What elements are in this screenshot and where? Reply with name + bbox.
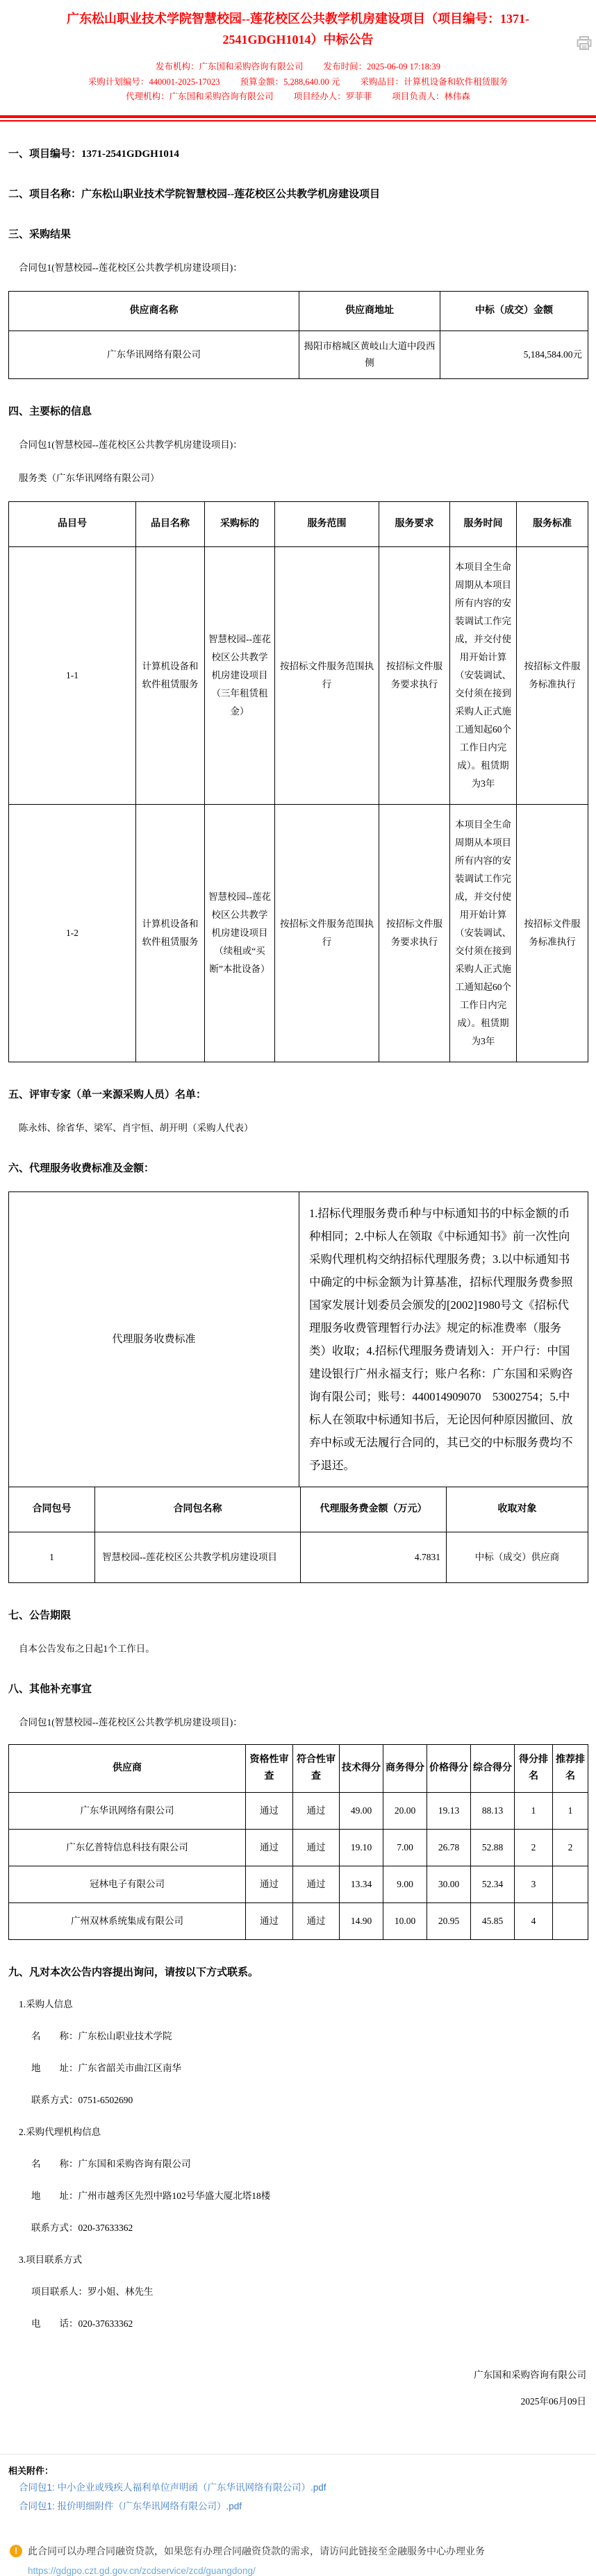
project-phone: 020-37633362 (78, 2318, 133, 2329)
score-rank-cell: 3 (515, 1866, 553, 1902)
supplier-cell: 广东华讯网络有限公司 (9, 1792, 246, 1829)
col-recommend-rank: 推荐排名 (553, 1744, 588, 1792)
purchaser-name-line: 名 称：广东松山职业技术学院 (8, 2029, 588, 2044)
budget-label: 预算金额： (240, 77, 284, 87)
service-std-cell: 按招标文件服务标准执行 (517, 804, 588, 1062)
col-supplier-addr: 供应商地址 (299, 291, 440, 331)
section-2-heading: 二、项目名称：广东松山职业技术学院智慧校园--莲花校区公共教学机房建设项目 (8, 187, 588, 202)
price-cell: 19.13 (427, 1792, 471, 1829)
project-person-line: 项目联系人：罗小姐、林先生 (8, 2284, 588, 2300)
attachment-link-quotation-pdf[interactable]: 合同包1: 报价明细附件（广东华讯网络有限公司）.pdf (19, 2497, 588, 2516)
print-button[interactable] (577, 36, 592, 53)
handler-label: 项目经办人： (294, 92, 346, 101)
publisher-label: 发布机构： (156, 62, 199, 72)
fee-standard-label-cell: 代理服务收费标准 (9, 1191, 299, 1487)
subject-matter-table: 品目号 品目名称 采购标的 服务范围 服务要求 服务时间 服务标准 1-1 计算… (8, 501, 588, 1062)
table-row: 广东亿普特信息科技有限公司 通过 通过 19.10 7.00 26.78 52.… (9, 1829, 588, 1866)
finance-notice-text: 此合同可以办理合同融资贷款，如果您有办理合同融资贷款的需求，请访问此链接至金融服… (28, 2543, 485, 2559)
col-item-no: 品目号 (9, 501, 136, 546)
agency-phone: 020-37633362 (78, 2223, 133, 2233)
col-fee-amount: 代理服务费金额（万元） (301, 1487, 447, 1532)
score-table: 供应商 资格性审查 符合性审查 技术得分 商务得分 价格得分 综合得分 得分排名… (8, 1744, 588, 1940)
agency-addr: 广州市越秀区先烈中路102号华盛大厦北塔18楼 (78, 2191, 271, 2201)
publisher-value: 广东国和采购咨询有限公司 (199, 62, 303, 72)
supplier-cell: 广东亿普特信息科技有限公司 (9, 1829, 246, 1866)
package-name-cell: 智慧校园--莲花校区公共教学机房建设项目 (95, 1532, 301, 1582)
col-supplier-name: 供应商名称 (9, 291, 299, 331)
conf-cell: 通过 (293, 1792, 340, 1829)
table-row: 1 智慧校园--莲花校区公共教学机房建设项目 4.7831 中标（成交）供应商 (9, 1532, 588, 1582)
agency-fee-standard-table: 代理服务收费标准 1.招标代理服务费币种与中标通知书的中标金额的币种相同；2.中… (8, 1191, 588, 1487)
leader-value: 林伟森 (444, 92, 470, 101)
announcement-period: 自本公告发布之日起1个工作日。 (8, 1641, 588, 1657)
item-name-cell: 计算机设备和软件租赁服务 (136, 804, 205, 1062)
section-4-heading: 四、主要标的信息 (8, 404, 588, 419)
signature-date: 2025年06月09日 (8, 2389, 586, 2415)
agency-name-line: 名 称：广东国和采购咨询有限公司 (8, 2157, 588, 2172)
conf-cell: 通过 (293, 1829, 340, 1866)
table-header-row: 合同包号 合同包名称 代理服务费金额（万元） 收取对象 (9, 1487, 588, 1532)
s3-package-line: 合同包1(智慧校园--莲花校区公共教学机房建设项目)： (8, 260, 588, 276)
red-divider (0, 115, 596, 122)
s4-category-line: 服务类（广东华讯网络有限公司） (8, 471, 588, 486)
package-no-cell: 1 (9, 1532, 95, 1582)
col-price-score: 价格得分 (427, 1744, 471, 1792)
section-9-heading: 九、凡对本次公告内容提出询问，请按以下方式联系。 (8, 1965, 588, 1980)
purchaser-phone: 0751-6502690 (78, 2095, 133, 2105)
publish-time-label: 发布时间： (324, 62, 367, 72)
service-scope-cell: 按招标文件服务范围执行 (275, 804, 379, 1062)
category-label: 采购品目： (361, 77, 404, 87)
expert-names: 陈永炜、徐省华、梁军、肖宇恒、胡开明（采购人代表） (8, 1121, 588, 1136)
col-service-std: 服务标准 (517, 501, 588, 546)
col-award-amount: 中标（成交）金额 (440, 291, 588, 331)
handler-value: 罗菲菲 (346, 92, 372, 101)
table-header-row: 品目号 品目名称 采购标的 服务范围 服务要求 服务时间 服务标准 (9, 501, 588, 546)
attachment-link-declaration-pdf[interactable]: 合同包1: 中小企业或残疾人福利单位声明函（广东华讯网络有限公司）.pdf (19, 2478, 588, 2497)
table-row: 广东华讯网络有限公司 揭阳市榕城区黄岐山大道中段西侧 5,184,584.00元 (9, 331, 588, 378)
service-req-cell: 按招标文件服务要求执行 (379, 804, 450, 1062)
biz-cell: 10.00 (383, 1902, 427, 1939)
warning-icon: ! (10, 2545, 22, 2557)
purchaser-title: 1.采购人信息 (8, 1997, 588, 2012)
meta-info: 发布机构：广东国和采购咨询有限公司 发布时间：2025-06-09 17:18:… (0, 60, 596, 105)
contact-info: 1.采购人信息 名 称：广东松山职业技术学院 地 址：广东省韶关市曲江区南华 联… (8, 1997, 588, 2332)
rec-rank-cell (553, 1902, 588, 1939)
col-fee-payer: 收取对象 (447, 1487, 588, 1532)
fee-amount-cell: 4.7831 (301, 1532, 447, 1582)
budget-value: 5,288,640.00 元 (283, 77, 340, 87)
section-1-heading: 一、项目编号：1371-2541GDGH1014 (8, 147, 588, 162)
project-contact-title: 3.项目联系方式 (8, 2252, 588, 2268)
section-6-heading: 六、代理服务收费标准及金额： (8, 1161, 588, 1176)
subject-cell: 智慧校园--莲花校区公共教学机房建设项目（续租或“买断”本批设备） (205, 804, 275, 1062)
biz-cell: 20.00 (383, 1792, 427, 1829)
leader-label: 项目负责人： (392, 92, 444, 101)
item-no-cell: 1-1 (9, 546, 136, 804)
agency-name: 广东国和采购咨询有限公司 (78, 2159, 191, 2169)
announcement-body: 一、项目编号：1371-2541GDGH1014 二、项目名称：广东松山职业技术… (0, 147, 596, 2415)
fee-payer-cell: 中标（成交）供应商 (447, 1532, 588, 1582)
col-subject: 采购标的 (205, 501, 275, 546)
procurement-result-table: 供应商名称 供应商地址 中标（成交）金额 广东华讯网络有限公司 揭阳市榕城区黄岐… (8, 291, 588, 379)
signature-block: 广东国和采购咨询有限公司 2025年06月09日 (8, 2362, 588, 2415)
agency-fee-amount-table: 合同包号 合同包名称 代理服务费金额（万元） 收取对象 1 智慧校园--莲花校区… (8, 1487, 588, 1583)
table-header-row: 供应商 资格性审查 符合性审查 技术得分 商务得分 价格得分 综合得分 得分排名… (9, 1744, 588, 1792)
table-row: 1-1 计算机设备和软件租赁服务 智慧校园--莲花校区公共教学机房建设项目（三年… (9, 546, 588, 804)
table-row: 代理服务收费标准 1.招标代理服务费币种与中标通知书的中标金额的币种相同；2.中… (9, 1191, 588, 1487)
s4-package-line: 合同包1(智慧校园--莲花校区公共教学机房建设项目)： (8, 437, 588, 453)
purchaser-addr: 广东省韶关市曲江区南华 (78, 2063, 182, 2073)
supplier-name-cell: 广东华讯网络有限公司 (9, 331, 299, 378)
tech-cell: 14.90 (340, 1902, 383, 1939)
section-7-heading: 七、公告期限 (8, 1608, 588, 1623)
agency-value: 广东国和采购咨询有限公司 (169, 92, 274, 101)
section-3-heading: 三、采购结果 (8, 227, 588, 242)
qual-cell: 通过 (246, 1866, 293, 1902)
item-no-cell: 1-2 (9, 804, 136, 1062)
table-row: 冠林电子有限公司 通过 通过 13.34 9.00 30.00 52.34 3 (9, 1866, 588, 1902)
agency-title: 2.采购代理机构信息 (8, 2125, 588, 2140)
section-5-heading: 五、评审专家（单一来源采购人员）名单： (8, 1087, 588, 1103)
biz-cell: 7.00 (383, 1829, 427, 1866)
attachments-section: 相关附件： 合同包1: 中小企业或残疾人福利单位声明函（广东华讯网络有限公司）.… (0, 2454, 596, 2516)
purchaser-contact-line: 联系方式：0751-6502690 (8, 2093, 588, 2108)
total-cell: 52.34 (471, 1866, 515, 1902)
qual-cell: 通过 (246, 1792, 293, 1829)
supplier-cell: 广州双林系统集成有限公司 (9, 1902, 246, 1939)
finance-loan-notice: ! 此合同可以办理合同融资贷款，如果您有办理合同融资贷款的需求，请访问此链接至金… (0, 2543, 596, 2576)
biz-cell: 9.00 (383, 1866, 427, 1902)
price-cell: 30.00 (427, 1866, 471, 1902)
item-name-cell: 计算机设备和软件租赁服务 (136, 546, 205, 804)
project-phone-line: 电 话：020-37633362 (8, 2316, 588, 2332)
supplier-cell: 冠林电子有限公司 (9, 1866, 246, 1902)
table-row: 广东华讯网络有限公司 通过 通过 49.00 20.00 19.13 88.13… (9, 1792, 588, 1829)
col-service-scope: 服务范围 (275, 501, 379, 546)
tech-cell: 49.00 (340, 1792, 383, 1829)
table-row: 广州双林系统集成有限公司 通过 通过 14.90 10.00 20.95 45.… (9, 1902, 588, 1939)
agency-addr-line: 地 址：广州市越秀区先烈中路102号华盛大厦北塔18楼 (8, 2189, 588, 2204)
qual-cell: 通过 (246, 1902, 293, 1939)
printer-icon (577, 36, 592, 51)
total-cell: 88.13 (471, 1792, 515, 1829)
finance-service-link[interactable]: https://gdgpo.czt.gd.gov.cn/zcdservice/z… (28, 2566, 588, 2576)
service-time-cell: 本项目全生命周期从本项目所有内容的安装调试工作完成，并交付使用开始计算（安装调试… (450, 546, 517, 804)
score-rank-cell: 4 (515, 1902, 553, 1939)
meta-line-2: 采购计划编号：440001-2025-17023 预算金额：5,288,640.… (0, 75, 596, 90)
conf-cell: 通过 (293, 1866, 340, 1902)
service-time-cell: 本项目全生命周期从本项目所有内容的安装调试工作完成，并交付使用开始计算（安装调试… (450, 804, 517, 1062)
conf-cell: 通过 (293, 1902, 340, 1939)
purchaser-addr-line: 地 址：广东省韶关市曲江区南华 (8, 2061, 588, 2076)
col-package-no: 合同包号 (9, 1487, 95, 1532)
meta-line-3: 代理机构：广东国和采购咨询有限公司 项目经办人：罗菲菲 项目负责人：林伟森 (0, 90, 596, 105)
rec-rank-cell (553, 1866, 588, 1902)
score-rank-cell: 1 (515, 1792, 553, 1829)
service-std-cell: 按招标文件服务标准执行 (517, 546, 588, 804)
signature-company: 广东国和采购咨询有限公司 (8, 2362, 586, 2389)
score-rank-cell: 2 (515, 1829, 553, 1866)
service-req-cell: 按招标文件服务要求执行 (379, 546, 450, 804)
price-cell: 20.95 (427, 1902, 471, 1939)
tech-cell: 13.34 (340, 1866, 383, 1902)
table-row: 1-2 计算机设备和软件租赁服务 智慧校园--莲花校区公共教学机房建设项目（续租… (9, 804, 588, 1062)
project-contact-person: 罗小姐、林先生 (88, 2286, 154, 2297)
page-title: 广东松山职业技术学院智慧校园--莲花校区公共教学机房建设项目（项目编号：1371… (0, 0, 596, 50)
col-package-name: 合同包名称 (95, 1487, 301, 1532)
col-item-name: 品目名称 (136, 501, 205, 546)
col-conformity-review: 符合性审查 (293, 1744, 340, 1792)
table-header-row: 供应商名称 供应商地址 中标（成交）金额 (9, 291, 588, 331)
plan-no-value: 440001-2025-17023 (149, 77, 220, 87)
tech-cell: 19.10 (340, 1829, 383, 1866)
col-tech-score: 技术得分 (340, 1744, 383, 1792)
qual-cell: 通过 (246, 1829, 293, 1866)
col-service-time: 服务时间 (450, 501, 517, 546)
purchaser-name: 广东松山职业技术学院 (78, 2031, 172, 2041)
col-total-score: 综合得分 (471, 1744, 515, 1792)
rec-rank-cell: 1 (553, 1792, 588, 1829)
rec-rank-cell: 2 (553, 1829, 588, 1866)
supplier-addr-cell: 揭阳市榕城区黄岐山大道中段西侧 (299, 331, 440, 378)
award-amount-cell: 5,184,584.00元 (440, 331, 588, 378)
section-8-heading: 八、其他补充事宜 (8, 1682, 588, 1697)
col-business-score: 商务得分 (383, 1744, 427, 1792)
col-service-req: 服务要求 (379, 501, 450, 546)
meta-line-1: 发布机构：广东国和采购咨询有限公司 发布时间：2025-06-09 17:18:… (0, 60, 596, 75)
col-qualification-review: 资格性审查 (246, 1744, 293, 1792)
total-cell: 45.85 (471, 1902, 515, 1939)
price-cell: 26.78 (427, 1829, 471, 1866)
service-scope-cell: 按招标文件服务范围执行 (275, 546, 379, 804)
plan-no-label: 采购计划编号： (88, 77, 149, 87)
agency-label: 代理机构： (126, 92, 169, 101)
total-cell: 52.88 (471, 1829, 515, 1866)
fee-standard-content-cell: 1.招标代理服务费币种与中标通知书的中标金额的币种相同；2.中标人在领取《中标通… (299, 1191, 588, 1487)
subject-cell: 智慧校园--莲花校区公共教学机房建设项目（三年租赁租金） (205, 546, 275, 804)
agency-contact-line: 联系方式：020-37633362 (8, 2220, 588, 2236)
attachments-title: 相关附件： (8, 2464, 588, 2478)
col-score-rank: 得分排名 (515, 1744, 553, 1792)
s8-package-line: 合同包1(智慧校园--莲花校区公共教学机房建设项目)： (8, 1715, 588, 1730)
category-value: 计算机设备和软件租赁服务 (404, 77, 508, 87)
announcement-page: 广东松山职业技术学院智慧校园--莲花校区公共教学机房建设项目（项目编号：1371… (0, 0, 596, 2576)
publish-time-value: 2025-06-09 17:18:39 (367, 62, 440, 72)
col-supplier: 供应商 (9, 1744, 246, 1792)
